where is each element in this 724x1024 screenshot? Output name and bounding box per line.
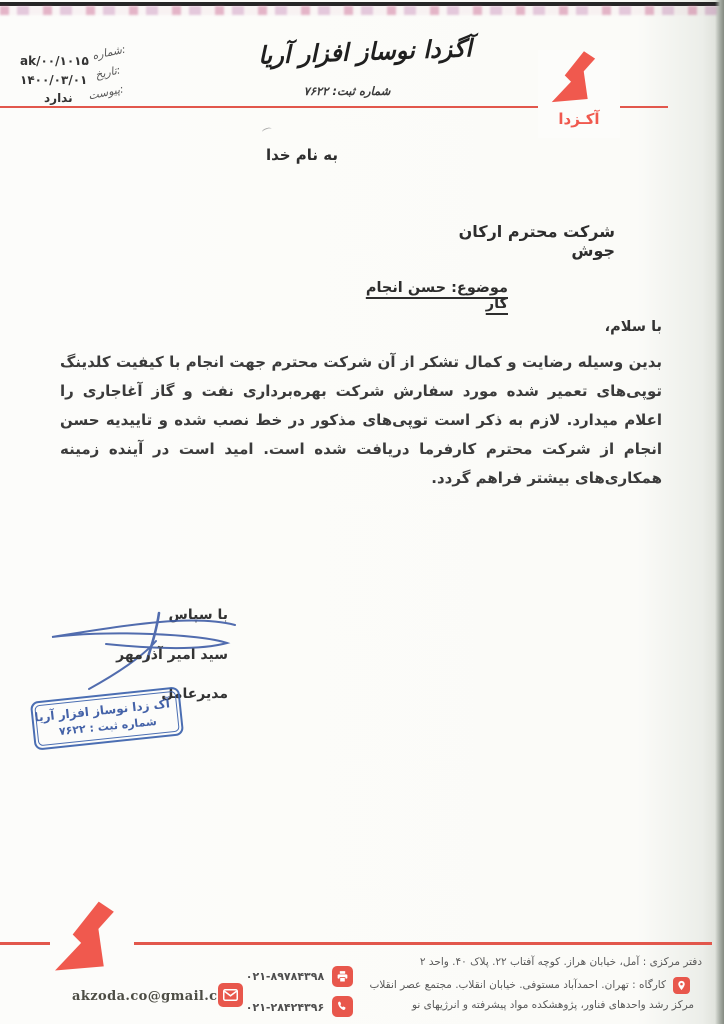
scanned-letter-page: شماره: ak/۰۰/۱۰۱۵ تاریخ: ۱۴۰۰/۰۳/۰۱ پیوس… <box>0 0 724 1024</box>
phone-number: ۰۲۱-۲۸۴۲۴۳۹۶ <box>240 1001 330 1014</box>
registration-number: شماره ثبت: ۷۶۲۲ <box>282 84 412 98</box>
phone-icon <box>332 996 353 1017</box>
recipient-line: شرکت محترم ارکان جوش <box>450 222 615 260</box>
signatory-name: سید امیر آذرمهر <box>108 647 228 663</box>
ref-number-value: ak/۰۰/۱۰۱۵ <box>20 54 89 68</box>
ref-attachment-label: پیوست: <box>87 82 125 102</box>
ref-date-label: تاریخ: <box>94 63 122 81</box>
logo-mark-icon <box>50 900 134 984</box>
logo-wordmark: آکـزدا <box>538 110 620 128</box>
fax-icon <box>332 966 353 987</box>
footer-logo <box>50 900 134 984</box>
subject-line: موضوع: حسن انجام کار <box>348 280 508 312</box>
ref-date-value: ۱۴۰۰/۰۳/۰۱ <box>20 73 87 87</box>
address-office: دفتر مرکزی : آمل، خیابان هراز. کوچه آفتا… <box>420 956 702 968</box>
company-name: آگزدا نوساز افزار آریا <box>238 34 493 71</box>
location-pin-icon <box>673 977 690 994</box>
company-logo: آکـزدا <box>538 50 620 138</box>
address-workshop: کارگاه : تهران. احمدآباد مستوفی. خیابان … <box>370 979 667 991</box>
company-stamp: آک زدا نوساز افزار آریا شماره ثبت : ۷۶۲۲ <box>30 686 184 750</box>
fax-number: ۰۲۱-۸۹۷۸۴۳۹۸ <box>240 970 330 983</box>
ref-number-label: شماره: <box>91 43 127 63</box>
bismillah: به نام خدا <box>252 146 352 164</box>
logo-mark-icon <box>548 50 610 112</box>
scan-edge-speckle <box>0 6 724 15</box>
address-workshop-2: مرکز رشد واحدهای فناور، پژوهشکده مواد پی… <box>412 999 694 1011</box>
scan-edge-right <box>715 0 724 1024</box>
body-paragraph: بدین وسیله رضایت و کمال تشکر از آن شرکت … <box>60 348 662 493</box>
ref-attachment-value: ندارد <box>44 91 73 105</box>
salutation: با سلام، <box>588 319 662 335</box>
stray-pen-mark <box>261 127 272 135</box>
stamp-inner-border: آک زدا نوساز افزار آریا شماره ثبت : ۷۶۲۲ <box>34 691 180 747</box>
email-address: akzoda.co@gmail.com <box>72 989 214 1004</box>
